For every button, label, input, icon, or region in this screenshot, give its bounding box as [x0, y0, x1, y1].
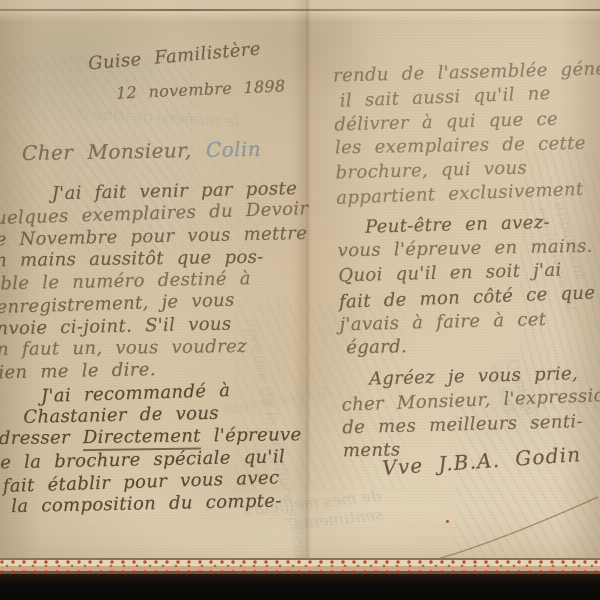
salutation-name: Colin [206, 137, 261, 162]
letter-text: bien me le dire. [0, 359, 156, 384]
letter-text: Cher Monsieur, [22, 138, 206, 165]
letter-text: égard. [346, 336, 407, 358]
letter-book-photo: pour vous mettre exemplaires du Devoir a… [0, 0, 600, 600]
letter-text: Peut-être en avez- [365, 212, 550, 238]
letter-text: vous l'épreuve en mains. [337, 236, 592, 262]
letter-text: j'avais à faire à cet [339, 309, 546, 335]
letter-text: l'épreuve [201, 424, 302, 446]
right-page-text: rendu de l'assemblée généil sait aussi q… [333, 58, 600, 465]
left-page-text: J'ai fait venir par postequelques exempl… [0, 178, 323, 519]
letter-text: les exemplaires de cette [335, 133, 586, 159]
letter-line: égard. [346, 332, 600, 361]
letter-text: de mes meilleurs senti- [342, 411, 583, 438]
letter-line: Cher Monsieur, Colin [22, 137, 261, 165]
letter-text: la composition du compte- [11, 491, 282, 518]
letter-text: brochure, qui vous [335, 158, 527, 184]
letter-text: Chastanier de vous [23, 403, 219, 428]
letter-text: délivrer à qui que ce [334, 108, 558, 135]
ink-spot [446, 520, 449, 523]
letter-text: adresser [0, 427, 83, 449]
black-background [0, 574, 600, 600]
letter-text: en faut un, vous voudrez [0, 336, 247, 360]
book-gutter [294, 0, 320, 558]
letter-text: envoie ci-joint. S'il vous [0, 313, 232, 339]
letter-text: en mains aussitôt que pos- [0, 247, 264, 272]
letter-salutation: Cher Monsieur, Colin [22, 137, 261, 165]
red-speckled-page-edge [0, 558, 600, 575]
letter-text: Quoi qu'il en soit j'ai [338, 260, 562, 287]
